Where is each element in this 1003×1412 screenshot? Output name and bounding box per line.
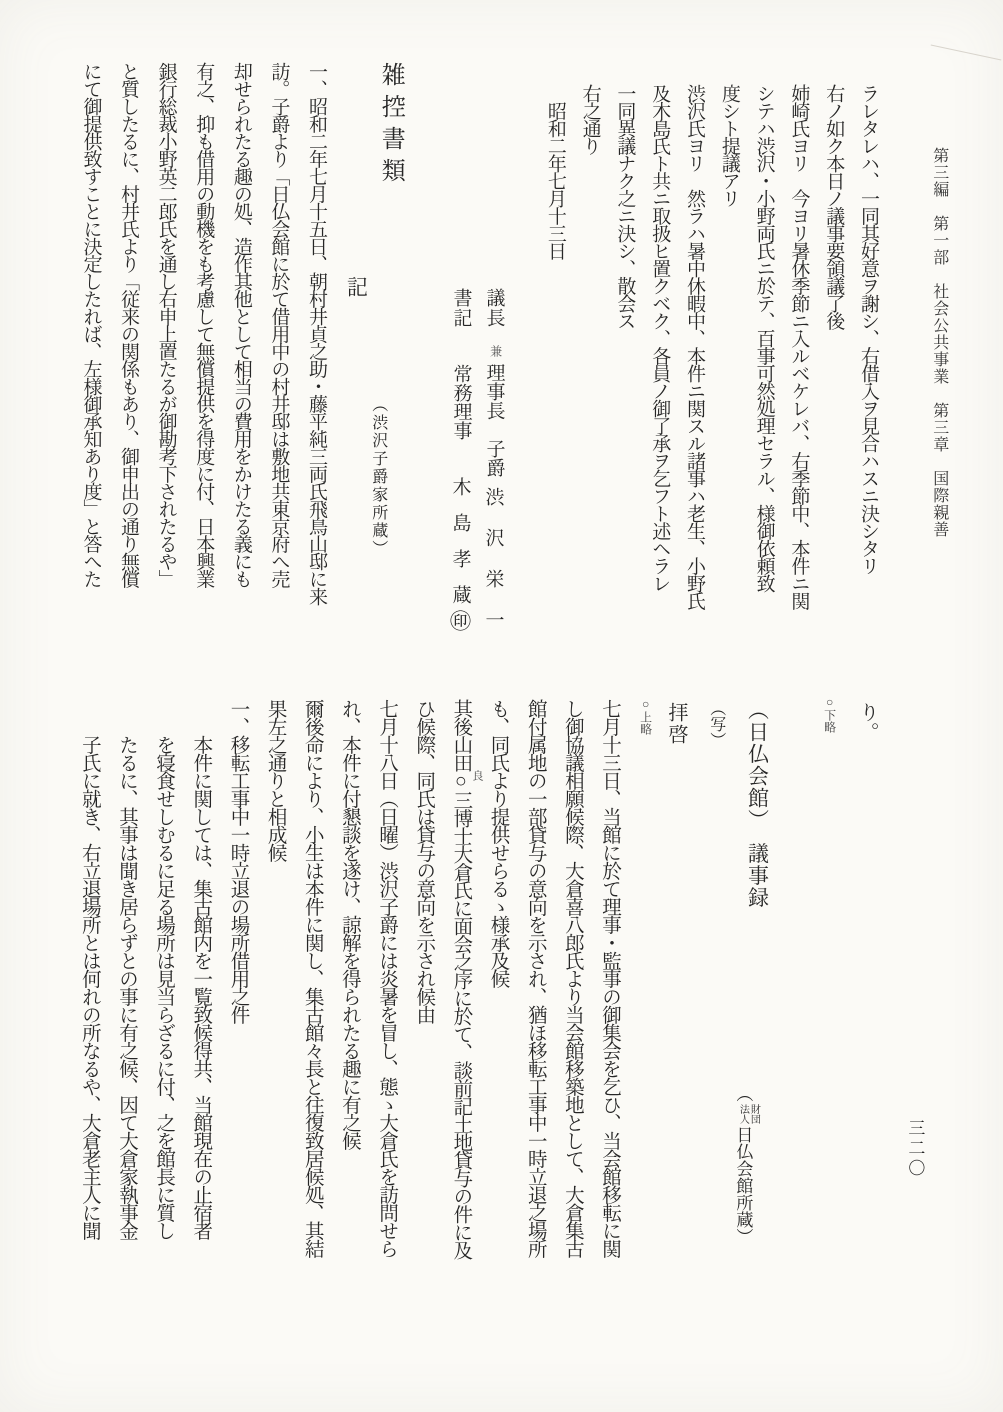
ruby-annotation: 良: [468, 770, 485, 781]
letter-body-text: 七月十三日、当館に於て理事・監事の御集会を乞ひ、当会館移転に関 し御協議相願候際…: [71, 699, 628, 1259]
letter-salutation: 拝啓: [660, 702, 691, 746]
copy-note: （写）: [703, 700, 728, 748]
provenance-holder: 日仏会館所蔵: [733, 1126, 752, 1228]
section-title: 雑控書類: [371, 62, 408, 190]
signature-chair-name: 渋沢栄一: [478, 487, 507, 651]
signature-clerk-title: 常務理事: [446, 364, 475, 440]
minutes-conclusion-text: ラレタレハ、一同其好意ヲ謝シ、右借入ヲ見合ハスニ決シタリ 右ノ如ク本日ノ議事要領…: [537, 84, 885, 609]
scan-artifact-line: [931, 45, 1002, 61]
document-provenance: （財団 法人日仏会館所蔵）: [729, 1085, 759, 1245]
scanned-book-page: 第三編 第一部 社会公共事業 第三章 国際親善 ラレタレハ、一同其好意ヲ謝シ、右…: [0, 0, 1003, 1412]
omission-note-below: ○下略: [820, 695, 839, 733]
running-header: 第三編 第一部 社会公共事業 第三章 国際親善: [926, 147, 951, 538]
page-number: 三二〇: [901, 1119, 927, 1179]
section-provenance: （渋沢子爵家所蔵）: [365, 396, 390, 558]
section-heading-ki: 記: [340, 276, 373, 297]
signature-chair-title: 理事長 子爵: [479, 363, 508, 477]
document-title: （日仏会館） 議事録: [741, 699, 774, 909]
provenance-organization-warichu: 財団 法人: [737, 1104, 759, 1124]
signature-chair-note: 兼: [486, 345, 505, 358]
signature-clerk-role: 書記: [446, 288, 475, 328]
carryover-text: り。: [851, 702, 882, 742]
omission-note-above: ○上略: [636, 697, 655, 735]
entry-paragraph-text: 一、昭和二年七月十五日、朝村井貞之助・藤平純三両氏飛鳥山邸に来 訪。子爵より「日…: [72, 62, 335, 605]
signature-clerk-name: 木島孝蔵: [445, 477, 474, 621]
provenance-close-paren: ）: [733, 1228, 752, 1245]
seal-mark-icon: ㊞: [443, 610, 476, 632]
provenance-open-paren: （: [733, 1085, 752, 1102]
signature-chair-role: 議長: [479, 288, 508, 328]
